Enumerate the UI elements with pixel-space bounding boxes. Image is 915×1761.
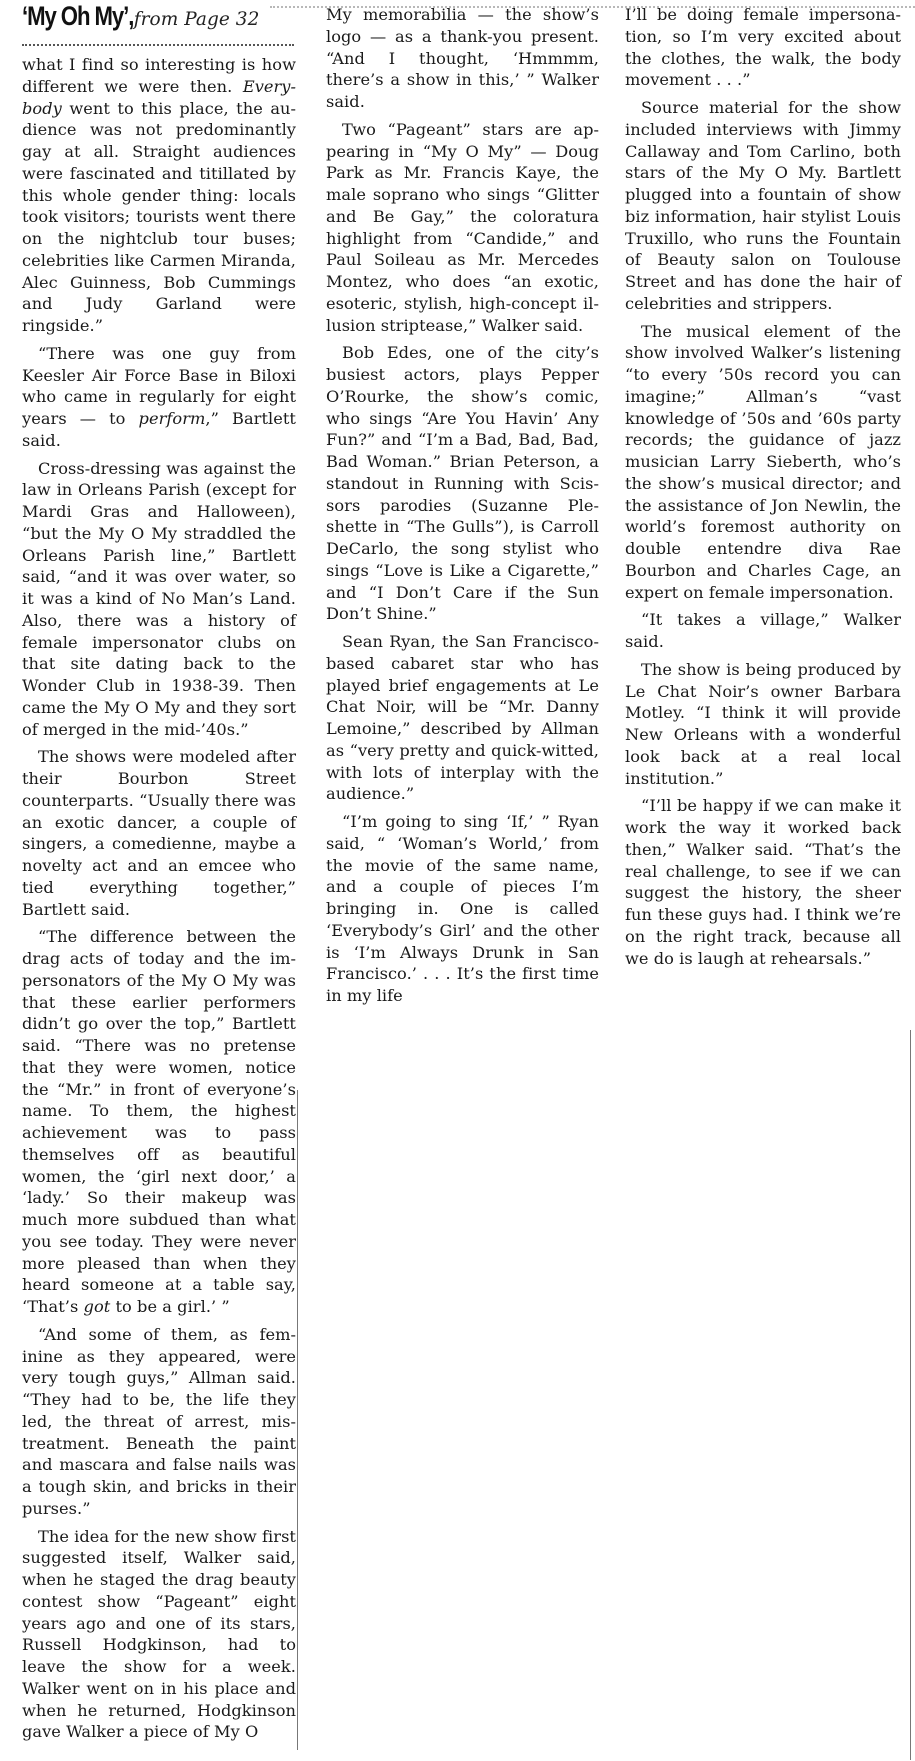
column-3: I’ll be doing female impersona­tion, so … — [625, 4, 901, 975]
column-2-body: My memorabilia — the show’s logo — as a … — [326, 4, 599, 1007]
article-paragraph: Sean Ryan, the San Fran­cisco-based caba… — [326, 631, 599, 805]
jump-headline: ‘My Oh My’, — [22, 6, 133, 28]
column-2: My memorabilia — the show’s logo — as a … — [326, 4, 599, 1013]
column-divider-rule — [297, 1090, 298, 1750]
italic-emphasis: perform — [139, 409, 206, 428]
article-paragraph: The idea for the new show first suggeste… — [22, 1526, 296, 1744]
column-1: ‘My Oh My’,from Page 32 what I find so i… — [22, 0, 296, 1749]
italic-emphasis: Every­body — [22, 77, 296, 118]
article-paragraph: “There was one guy from Keesler Air Forc… — [22, 343, 296, 452]
article-paragraph: what I find so interesting is how differ… — [22, 54, 296, 337]
article-paragraph: Bob Edes, one of the city’s busiest acto… — [326, 342, 599, 625]
jump-header: ‘My Oh My’,from Page 32 — [22, 6, 296, 42]
article-paragraph: “It takes a village,” Walker said. — [625, 609, 901, 653]
article-paragraph: The shows were modeled after their Bourb… — [22, 746, 296, 920]
article-paragraph: Two “Pageant” stars are ap­pearing in “M… — [326, 119, 599, 337]
article-paragraph: “The difference between the drag acts of… — [22, 926, 296, 1318]
article-paragraph: Cross-dressing was against the law in Or… — [22, 458, 296, 741]
page-edge-rule — [910, 1030, 911, 1760]
column-1-body: what I find so interesting is how differ… — [22, 54, 296, 1743]
article-paragraph: The musical element of the show involved… — [625, 321, 901, 604]
article-paragraph: The show is being produced by Le Chat No… — [625, 659, 901, 790]
article-paragraph: I’ll be doing female impersona­tion, so … — [625, 4, 901, 91]
article-paragraph: My memorabilia — the show’s logo — as a … — [326, 4, 599, 113]
article-paragraph: “I’m going to sing ‘If,’ ” Ryan said, “ … — [326, 811, 599, 1007]
header-dotted-rule — [22, 44, 294, 46]
article-paragraph: “I’ll be happy if we can make it work th… — [625, 795, 901, 969]
column-3-body: I’ll be doing female impersona­tion, so … — [625, 4, 901, 969]
newspaper-page: ‘My Oh My’,from Page 32 what I find so i… — [0, 0, 915, 1761]
italic-emphasis: got — [84, 1297, 111, 1316]
article-paragraph: Source material for the show included in… — [625, 97, 901, 315]
article-paragraph: “And some of them, as fem­inine as they … — [22, 1324, 296, 1520]
jump-page-reference: from Page 32 — [134, 9, 260, 30]
